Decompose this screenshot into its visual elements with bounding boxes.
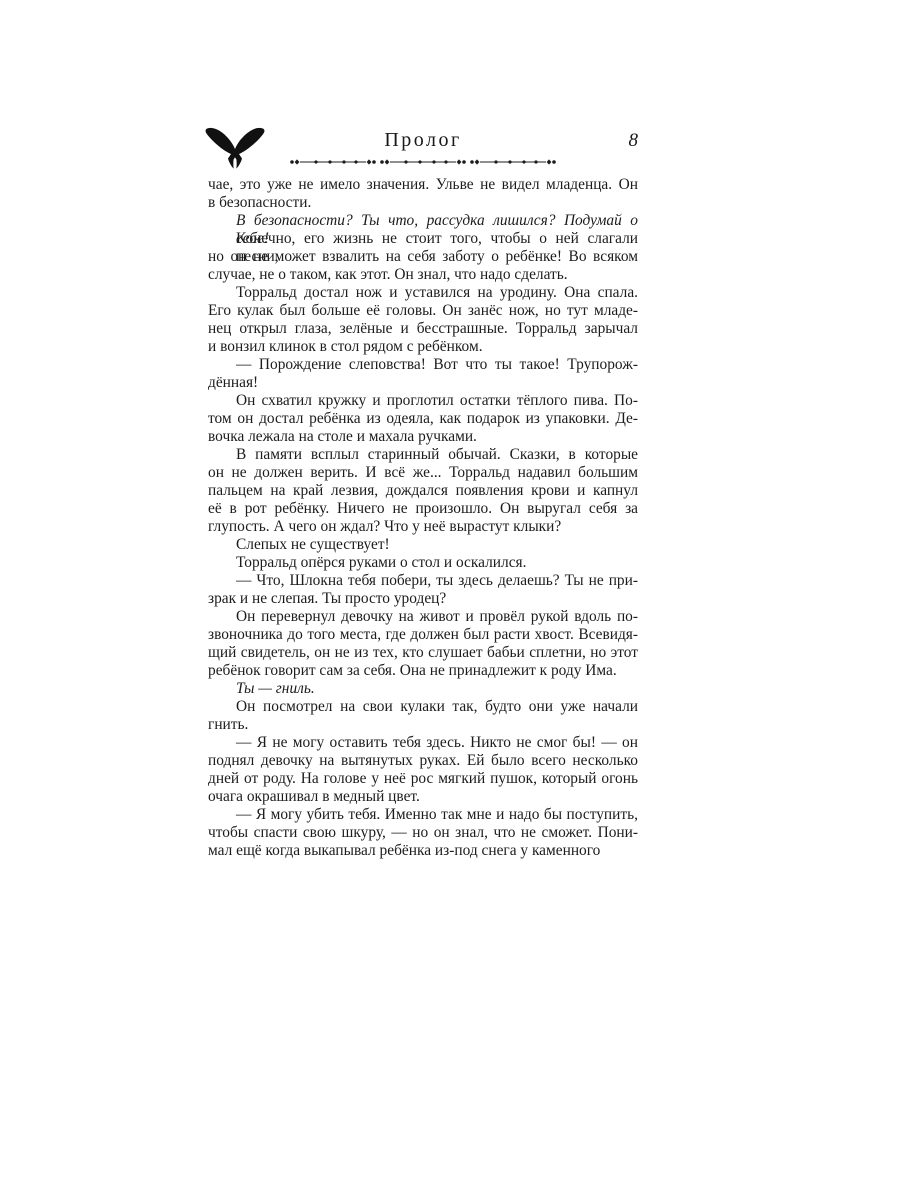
text-line: глупость. А чего он ждал? Что у неё выра… [208, 518, 638, 536]
text-line: Слепых не существует! [208, 536, 638, 554]
text-line: Он посмотрел на свои кулаки так, будто о… [208, 698, 638, 716]
text-line: дней от роду. На голове у неё рос мягкий… [208, 770, 638, 788]
divider-ornament-icon [208, 156, 638, 168]
text-line: Конечно, его жизнь не стоит того, чтобы … [208, 230, 638, 248]
text-line: Он схватил кружку и проглотил остатки тё… [208, 392, 638, 410]
book-page: Пролог 8 [0, 0, 900, 1200]
text-line: в безопасности. [208, 194, 638, 212]
text-line: поднял девочку на вытянутых руках. Ей бы… [208, 752, 638, 770]
text-line: чае, это уже не имело значения. Ульве не… [208, 176, 638, 194]
text-line: случае, не о таком, как этот. Он знал, ч… [208, 266, 638, 284]
text-line: дённая! [208, 374, 638, 392]
text-line: том он достал ребёнка из одеяла, как под… [208, 410, 638, 428]
text-line: Торральд опёрся руками о стол и оскалилс… [208, 554, 638, 572]
text-line: В безопасности? Ты что, рассудка лишился… [208, 212, 638, 230]
text-line: — Я могу убить тебя. Именно так мне и на… [208, 806, 638, 824]
text-line: ребёнок говорит сам за себя. Она не прин… [208, 662, 638, 680]
text-line: Его кулак был больше её головы. Он занёс… [208, 302, 638, 320]
text-line: Ты — гниль. [208, 680, 638, 698]
text-line: — Я не могу оставить тебя здесь. Никто н… [208, 734, 638, 752]
text-line: — Что, Шлокна тебя побери, ты здесь дела… [208, 572, 638, 590]
text-line: мал ещё когда выкапывал ребёнка из-под с… [208, 842, 638, 860]
text-line: Он перевернул девочку на живот и провёл … [208, 608, 638, 626]
text-line: вочка лежала на столе и махала ручками. [208, 428, 638, 446]
text-line: он не должен верить. И всё же... Торраль… [208, 464, 638, 482]
text-line: звоночника до того места, где должен был… [208, 626, 638, 644]
text-line: нец открыл глаза, зелёные и бесстрашные.… [208, 320, 638, 338]
text-body: чае, это уже не имело значения. Ульве не… [208, 176, 638, 860]
text-line: В памяти всплыл старинный обычай. Сказки… [208, 446, 638, 464]
text-line: Торральд достал нож и уставился на уроди… [208, 284, 638, 302]
text-line: чтобы спасти свою шкуру, — но он знал, ч… [208, 824, 638, 842]
text-line: щий свидетель, он не из тех, кто слушает… [208, 644, 638, 662]
page-number: 8 [208, 130, 638, 152]
text-line: зрак и не слепая. Ты просто уродец? [208, 590, 638, 608]
text-line: её в рот ребёнку. Ничего не произошло. О… [208, 500, 638, 518]
text-line: но он не может взвалить на себя заботу о… [208, 248, 638, 266]
text-line: пальцем на край лезвия, дождался появлен… [208, 482, 638, 500]
text-line: и вонзил клинок в стол рядом с ребёнком. [208, 338, 638, 356]
text-line: — Порождение слеповства! Вот что ты тако… [208, 356, 638, 374]
text-line: очага окрашивал в медный цвет. [208, 788, 638, 806]
text-line: гнить. [208, 716, 638, 734]
